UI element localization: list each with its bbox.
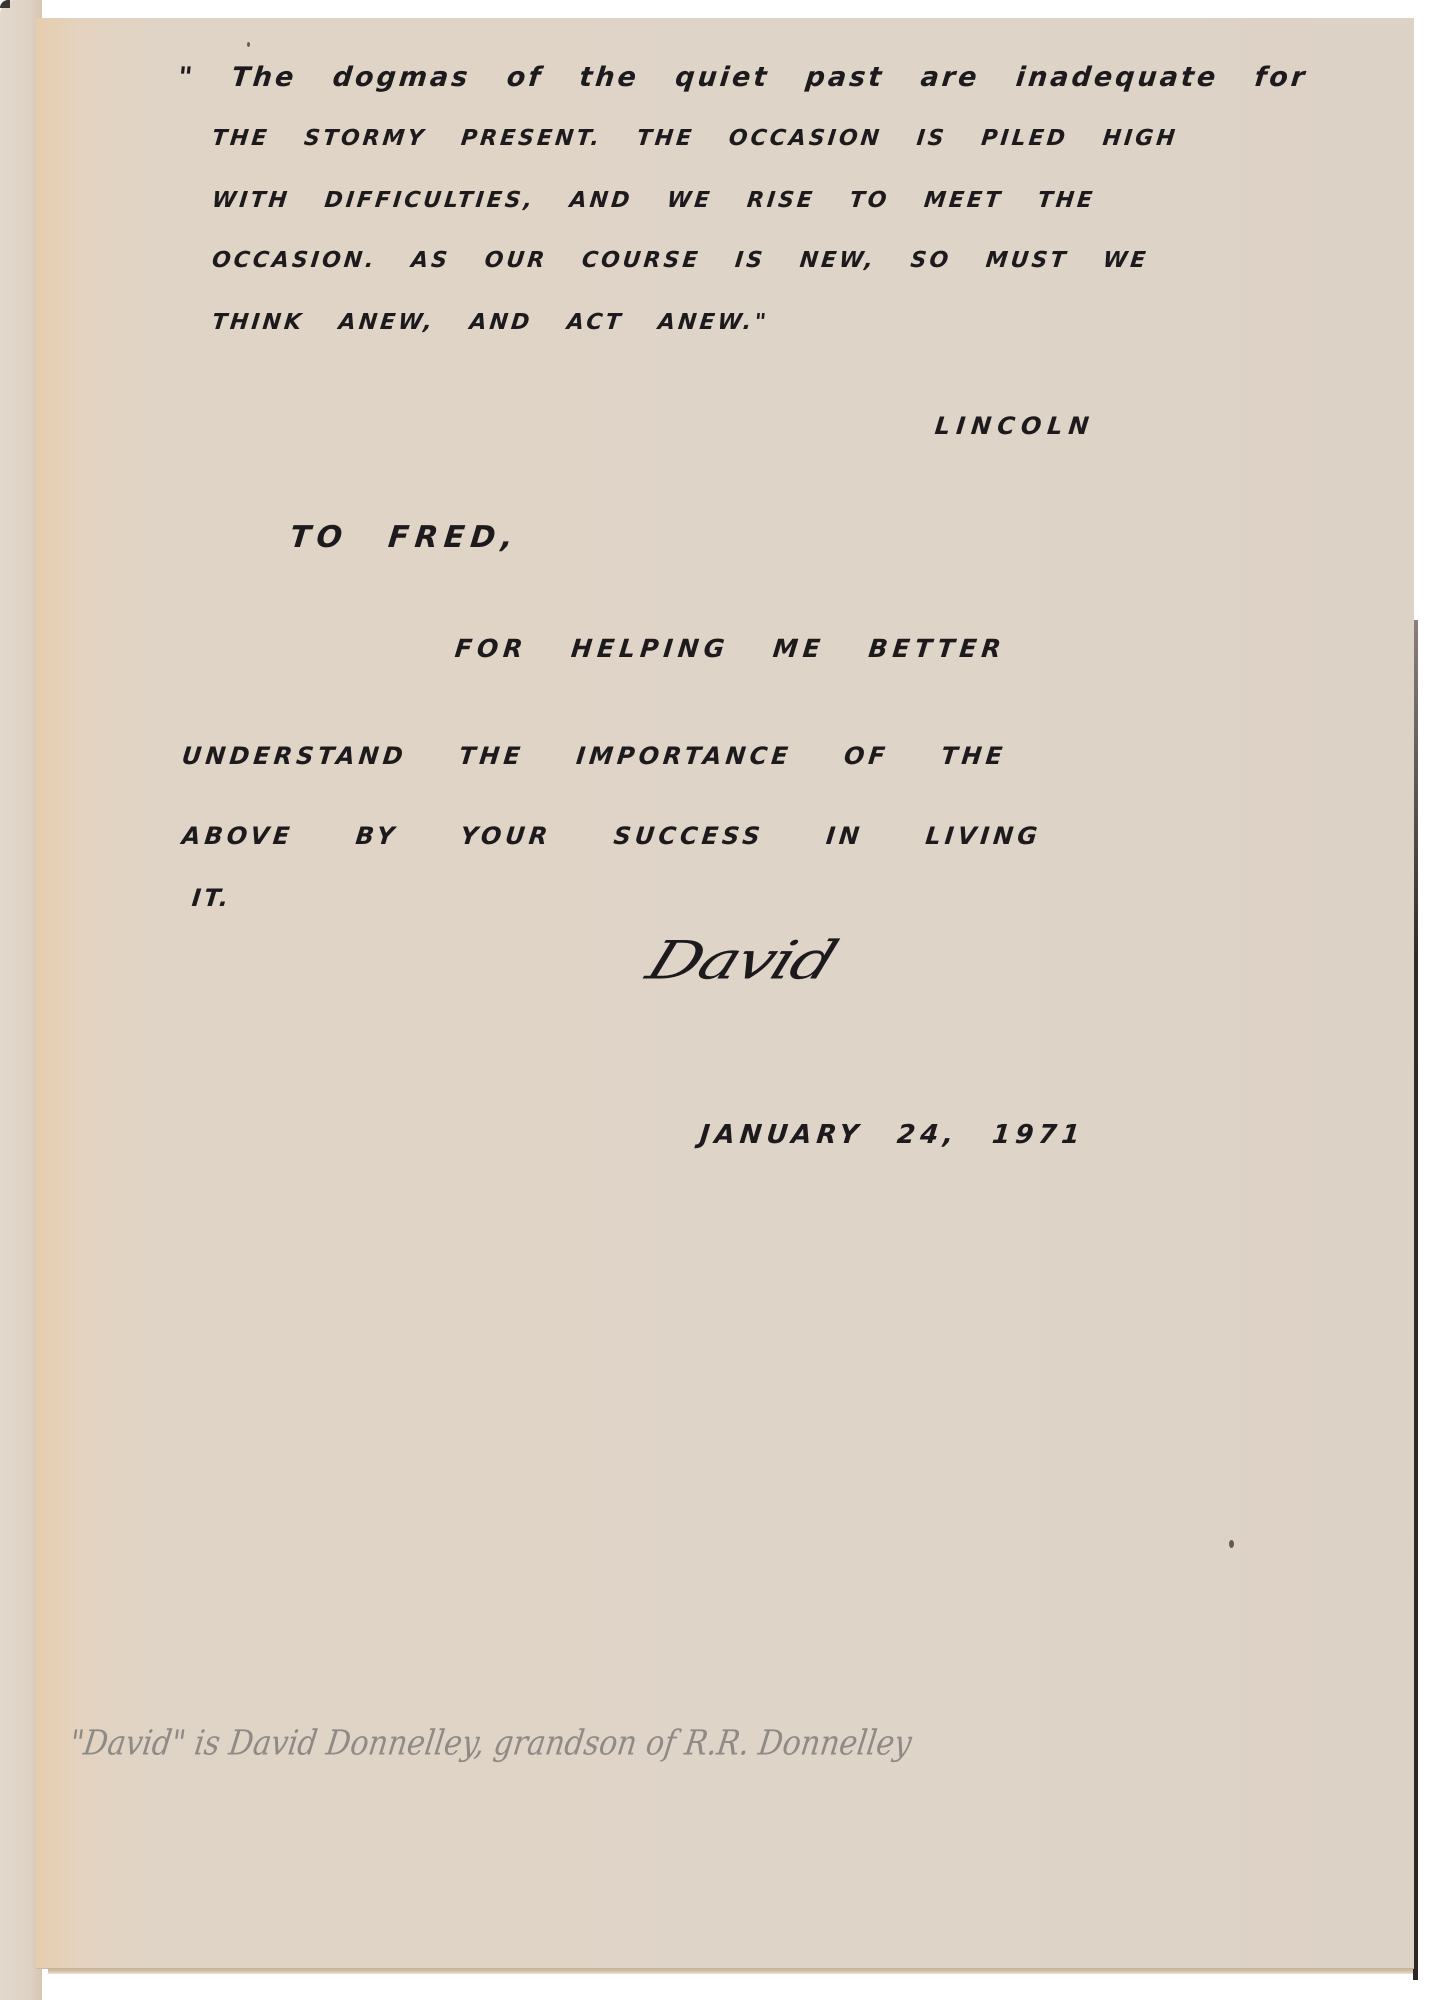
inscription-line-1: For helping me better [453, 634, 1007, 663]
page-bottom-edge [48, 1968, 1413, 1974]
inscription-date: January 24, 1971 [698, 1120, 1086, 1150]
paper-speck [247, 42, 250, 47]
inscription-line-3: above by your success in living [181, 822, 1043, 850]
quote-line-5: think anew, and act anew." [211, 310, 770, 335]
inscription-line-2: understand the importance of the [181, 742, 1008, 770]
pencil-annotation: "David" is David Donnelley, grandson of … [67, 1723, 914, 1763]
quote-line-2: the stormy present. The occasion is pile… [211, 126, 1179, 151]
quote-line-1: " The dogmas of the quiet past are inade… [176, 62, 1309, 93]
paper-speck [1229, 1540, 1234, 1548]
inscription-line-4: it. [191, 884, 233, 912]
quote-attribution: Lincoln [934, 412, 1097, 440]
quote-line-3: with difficulties, and we rise to meet t… [211, 188, 1097, 213]
quote-line-4: occasion. As our course is new, so must … [211, 248, 1150, 273]
signature: David [639, 930, 844, 992]
inscription-salutation: To Fred, [288, 520, 520, 555]
